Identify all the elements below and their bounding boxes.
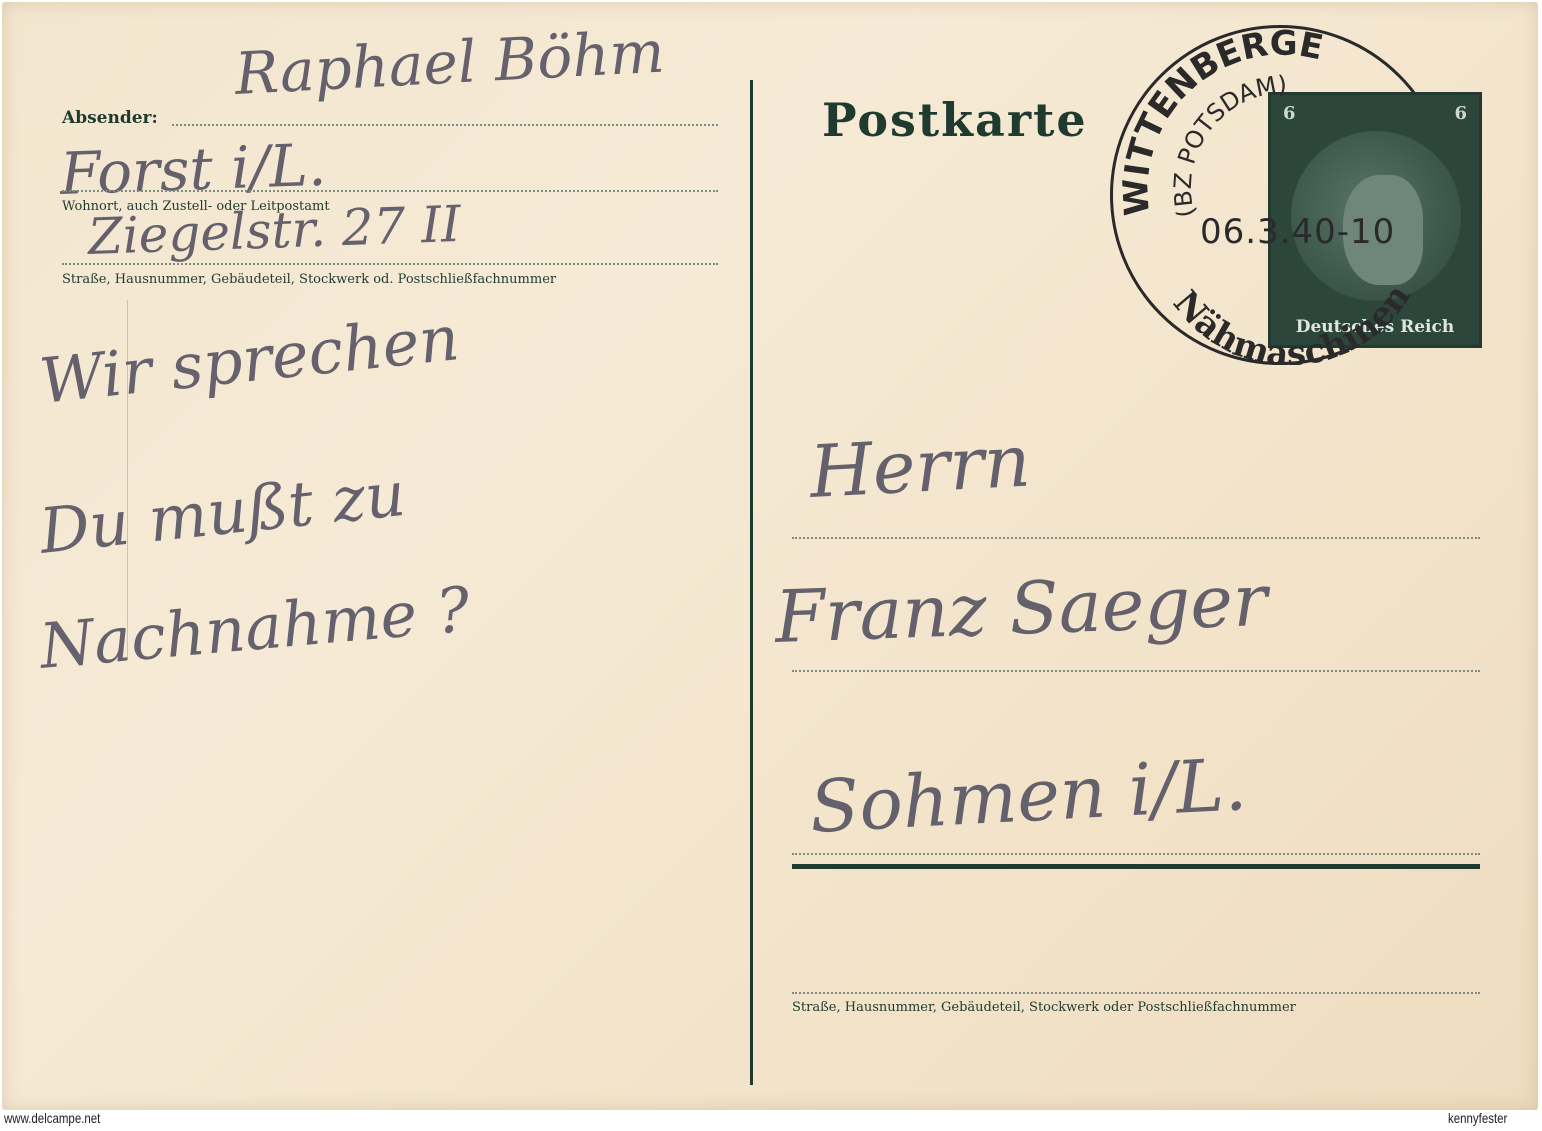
postkarte-title: Postkarte <box>822 93 1088 147</box>
recipient-dotted-line-3 <box>792 853 1480 855</box>
center-divider <box>750 80 753 1085</box>
footer-seller-name: kennyfester <box>1448 1110 1507 1126</box>
recipient-salutation: Herrn <box>808 419 1033 514</box>
sender-dotted-line-2 <box>62 190 718 192</box>
sender-dotted-line-3 <box>62 263 718 265</box>
recipient-dotted-line-4 <box>792 992 1480 994</box>
recipient-dotted-line-1 <box>792 537 1480 539</box>
svg-text:Nähmaschinen: Nähmaschinen <box>1165 277 1418 365</box>
recipient-city-underline <box>792 864 1480 869</box>
postmark-date: 06.3.40-10 <box>1200 212 1395 252</box>
stamp-value-right: 6 <box>1454 103 1467 124</box>
recipient-dotted-line-2 <box>792 670 1480 672</box>
postmark-slogan: Nähmaschinen <box>1165 277 1418 365</box>
footer-site-link[interactable]: www.delcampe.net <box>4 1110 100 1126</box>
sender-dotted-line-1 <box>172 124 718 126</box>
postmark-text-icon: WITTENBERGE (BZ POTSDAM) Nähmaschinen <box>1110 25 1450 365</box>
recipient-street-field-label: Straße, Hausnummer, Gebäudeteil, Stockwe… <box>792 1000 1296 1015</box>
sender-street-field-label: Straße, Hausnummer, Gebäudeteil, Stockwe… <box>62 272 556 287</box>
sender-city-handwriting: Forst i/L. <box>59 131 327 208</box>
recipient-name: Franz Saeger <box>774 558 1269 659</box>
sender-label: Absender: <box>62 108 158 128</box>
